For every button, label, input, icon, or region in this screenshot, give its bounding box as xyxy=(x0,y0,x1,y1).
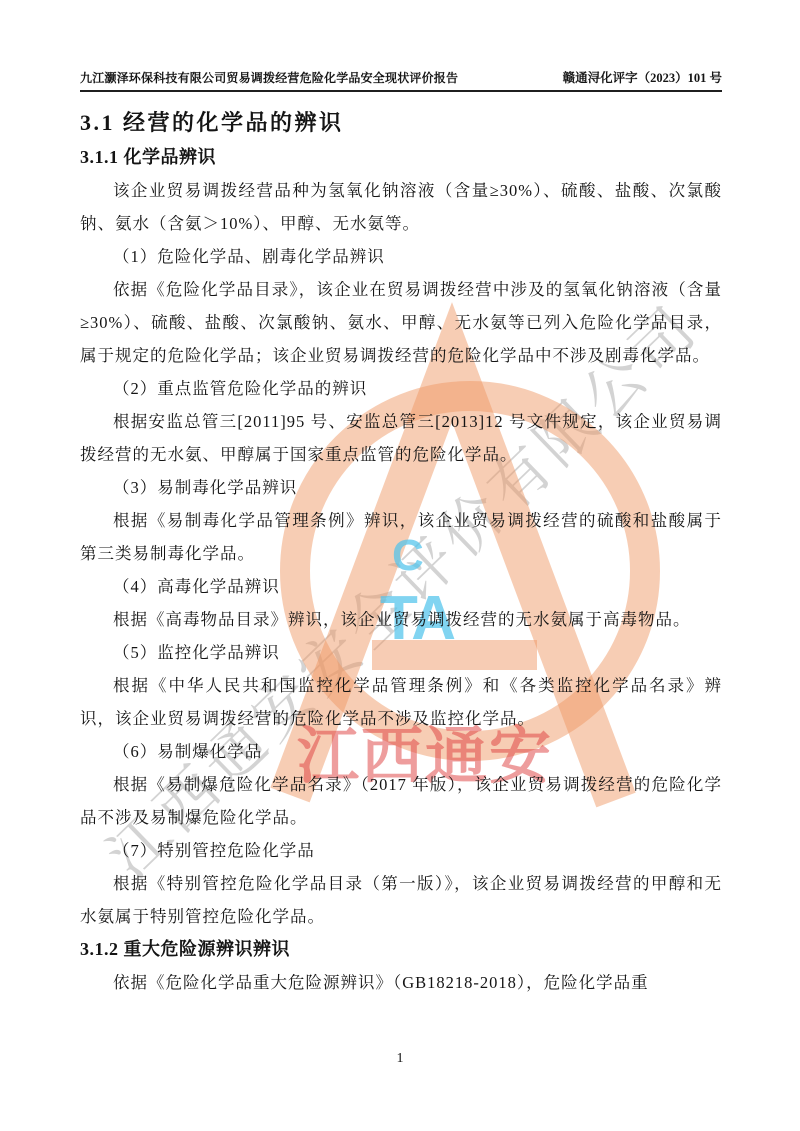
section-title: 3.1 经营的化学品的辨识 xyxy=(80,105,722,141)
paragraph: （4）高毒化学品辨识 xyxy=(80,570,722,603)
paragraph: （6）易制爆化学品 xyxy=(80,735,722,768)
page-header: 九江灏泽环保科技有限公司贸易调拨经营危险化学品安全现状评价报告 赣通浔化评字（2… xyxy=(80,0,722,92)
page-number: 1 xyxy=(0,1051,800,1067)
paragraph: （3）易制毒化学品辨识 xyxy=(80,471,722,504)
paragraph: （5）监控化学品辨识 xyxy=(80,636,722,669)
paragraph: （7）特别管控危险化学品 xyxy=(80,834,722,867)
header-doc-number: 赣通浔化评字（2023）101 号 xyxy=(563,68,722,86)
paragraph: （1）危险化学品、剧毒化学品辨识 xyxy=(80,240,722,273)
section-heading: 3.1.2 重大危险源辨识辨识 xyxy=(80,933,722,966)
paragraph: 该企业贸易调拨经营品种为氢氧化钠溶液（含量≥30%）、硫酸、盐酸、次氯酸钠、氨水… xyxy=(80,174,722,240)
header-report-title: 九江灏泽环保科技有限公司贸易调拨经营危险化学品安全现状评价报告 xyxy=(80,69,458,86)
paragraph: 根据《易制毒化学品管理条例》辨识，该企业贸易调拨经营的硫酸和盐酸属于第三类易制毒… xyxy=(80,504,722,570)
section-heading: 3.1.1 化学品辨识 xyxy=(80,141,722,174)
paragraph: 根据《高毒物品目录》辨识，该企业贸易调拨经营的无水氨属于高毒物品。 xyxy=(80,603,722,636)
document-body: 3.1.1 化学品辨识该企业贸易调拨经营品种为氢氧化钠溶液（含量≥30%）、硫酸… xyxy=(80,141,722,999)
paragraph: 依据《危险化学品目录》，该企业在贸易调拨经营中涉及的氢氧化钠溶液（含量≥30%）… xyxy=(80,273,722,372)
document-page: 江西通安安全评价有限公司 C TA 江西通安 九江灏泽环保科技有限公司贸易调拨经… xyxy=(0,0,800,1131)
paragraph: （2）重点监管危险化学品的辨识 xyxy=(80,372,722,405)
document-content: 九江灏泽环保科技有限公司贸易调拨经营危险化学品安全现状评价报告 赣通浔化评字（2… xyxy=(80,0,722,999)
paragraph: 根据安监总管三[2011]95 号、安监总管三[2013]12 号文件规定，该企… xyxy=(80,405,722,471)
paragraph: 根据《中华人民共和国监控化学品管理条例》和《各类监控化学品名录》辨识，该企业贸易… xyxy=(80,669,722,735)
paragraph: 依据《危险化学品重大危险源辨识》（GB18218-2018），危险化学品重 xyxy=(80,966,722,999)
paragraph: 根据《易制爆危险化学品名录》（2017 年版），该企业贸易调拨经营的危险化学品不… xyxy=(80,768,722,834)
paragraph: 根据《特别管控危险化学品目录（第一版）》，该企业贸易调拨经营的甲醇和无水氨属于特… xyxy=(80,867,722,933)
